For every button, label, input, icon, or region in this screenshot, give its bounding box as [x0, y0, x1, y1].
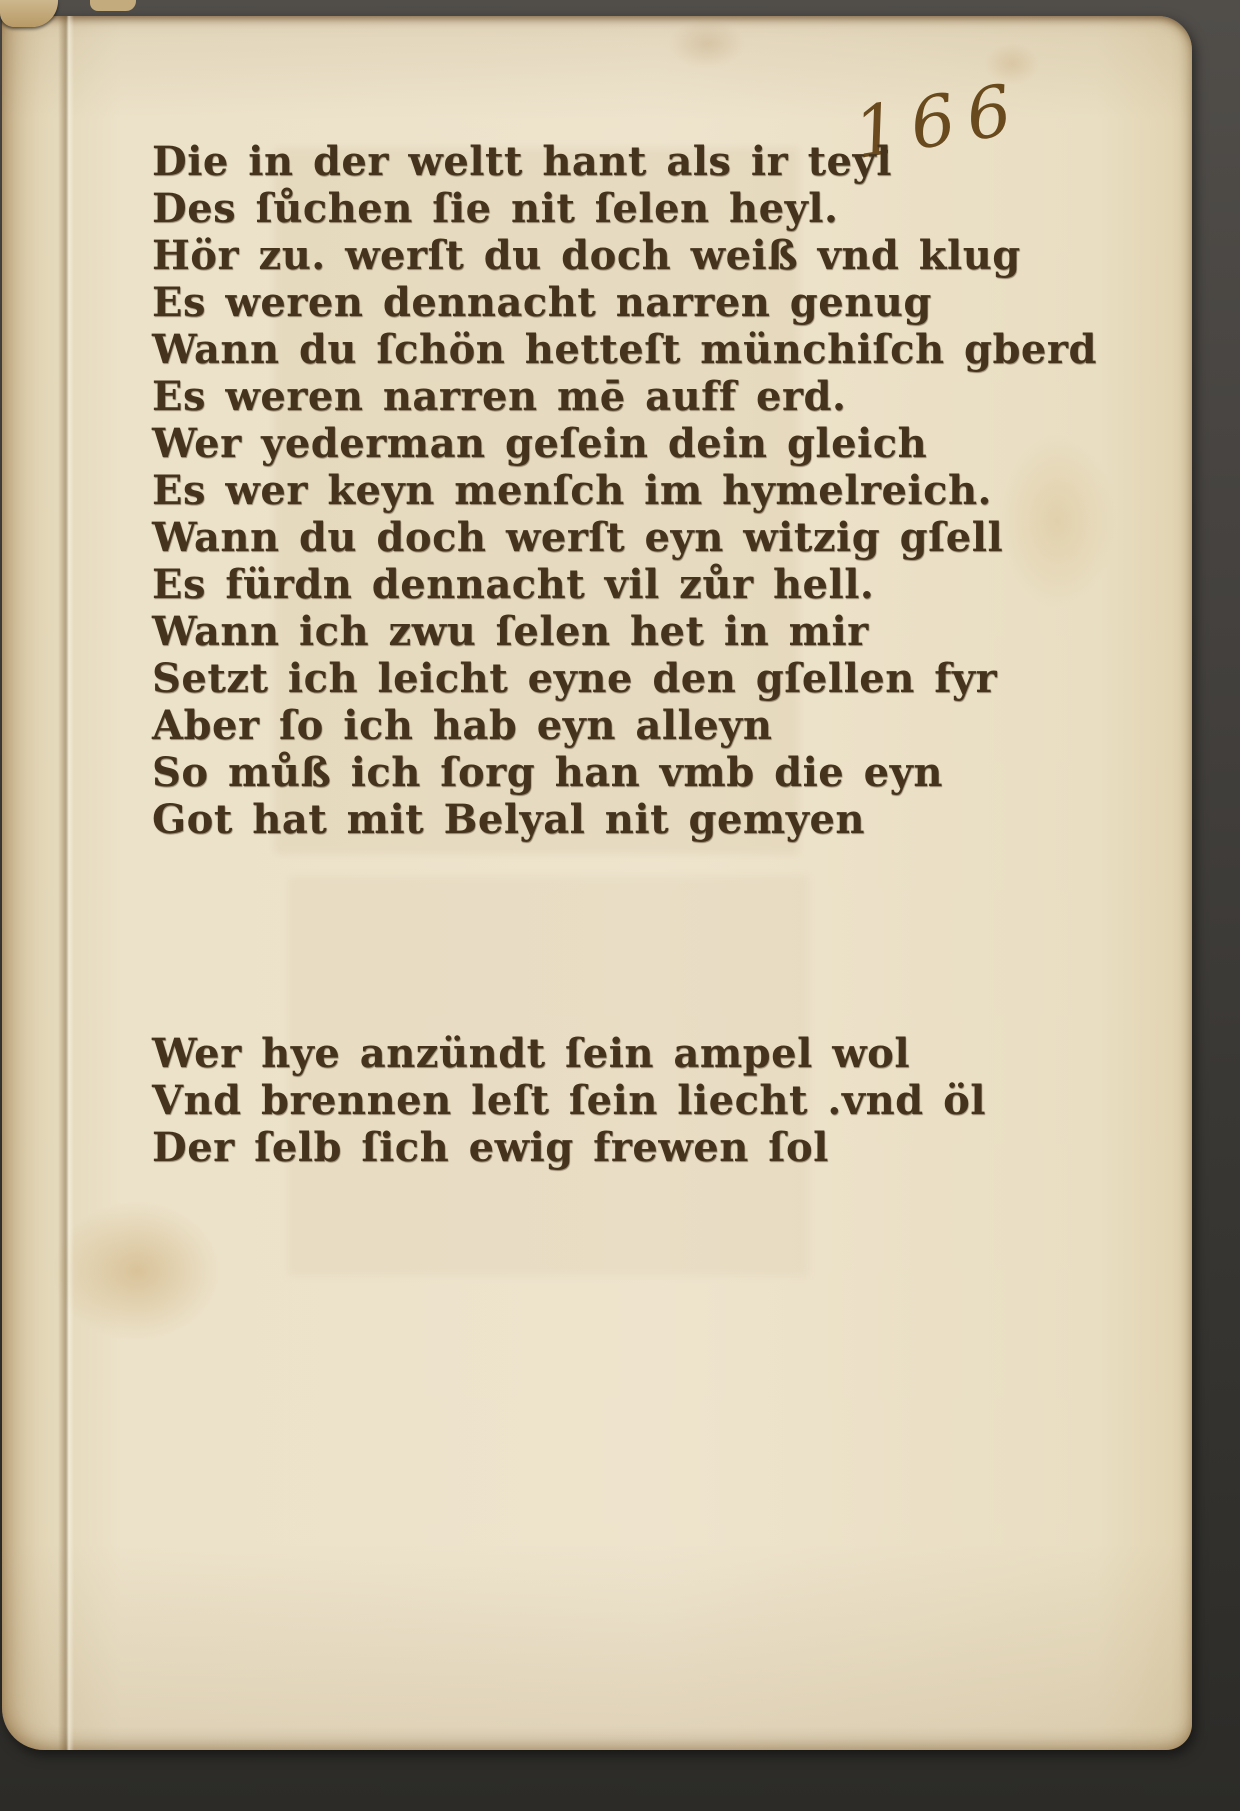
verse-line: Es weren dennacht narren genug: [152, 279, 1097, 326]
book-page: 166 Die in der weltt hant als ir teyl De…: [2, 16, 1192, 1750]
verse-line: Es fürdn dennacht vil zůr hell.: [152, 561, 1097, 608]
verse-line: Wann du doch werſt eyn witzig gſell: [152, 514, 1097, 561]
verse-line: Des ſůchen ſie nit ſelen heyl.: [152, 185, 1097, 232]
paper-remnant-top: [90, 0, 136, 11]
verse-line: Wann du ſchön hetteſt münchiſch gberd: [152, 326, 1097, 373]
verse-line: Wann ich zwu ſelen het in mir: [152, 608, 1097, 655]
binding-fold: [58, 16, 74, 1750]
poem-text: Die in der weltt hant als ir teyl Des ſů…: [152, 138, 1097, 1171]
verse-line: Es weren narren mē auff erd.: [152, 373, 1097, 420]
stanza-1: Die in der weltt hant als ir teyl Des ſů…: [152, 138, 1097, 843]
verse-line: Wer yederman geſein dein gleich: [152, 420, 1097, 467]
verse-line: Vnd brennen leſt ſein liecht .vnd öl: [152, 1077, 1097, 1124]
verse-line: Aber ſo ich hab eyn alleyn: [152, 702, 1097, 749]
verse-line: Got hat mit Belyal nit gemyen: [152, 796, 1097, 843]
verse-line: Es wer keyn menſch im hymelreich.: [152, 467, 1097, 514]
scanner-background: 166 Die in der weltt hant als ir teyl De…: [0, 0, 1240, 1811]
verse-line: Die in der weltt hant als ir teyl: [152, 138, 1097, 185]
verse-line: Der ſelb ſich ewig frewen ſol: [152, 1124, 1097, 1171]
verse-line: Wer hye anzündt ſein ampel wol: [152, 1030, 1097, 1077]
verse-line: So můß ich ſorg han vmb die eyn: [152, 749, 1097, 796]
verse-line: Hör zu. werſt du doch weiß vnd klug: [152, 232, 1097, 279]
stanza-2: Wer hye anzündt ſein ampel wol Vnd brenn…: [152, 1030, 1097, 1171]
verse-line: Setzt ich leicht eyne den gſellen fyr: [152, 655, 1097, 702]
